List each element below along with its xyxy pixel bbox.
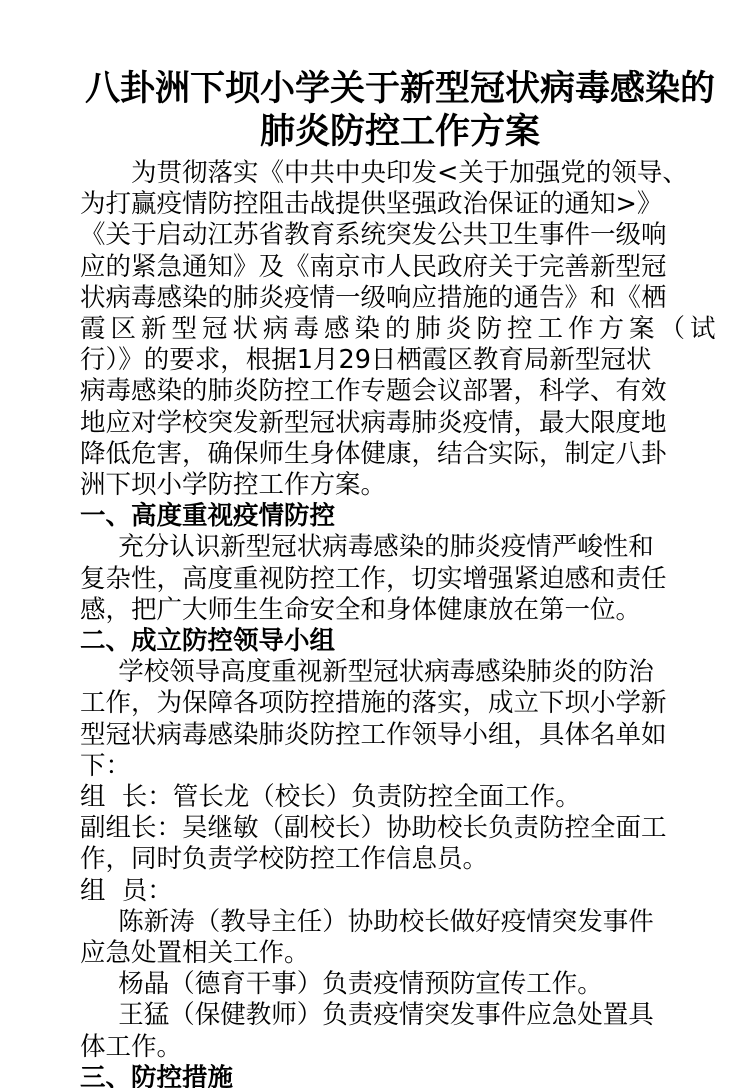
- group-member-1: 陈新涛（教导主任）协助校长做好疫情突发事件 应急处置相关工作。: [80, 907, 720, 969]
- section-3-heading: 三、防控措施: [80, 1063, 720, 1088]
- group-deputy: 副组长：吴继敏（副校长）协助校长负责防控全面工 作，同时负责学校防控工作信息员。: [80, 813, 720, 875]
- intro-line: 状病毒感染的肺炎疫情一级响应措施的通告》和《栖: [80, 283, 720, 314]
- intro-line: 病毒感染的肺炎防控工作专题会议部署，科学、有效: [80, 376, 720, 407]
- group-leader-line: 组 长：管长龙（校长）负责防控全面工作。: [80, 782, 720, 813]
- section-1-line: 感，把广大师生生命安全和身体健康放在第一位。: [80, 595, 720, 626]
- section-2-line: 型冠状病毒感染肺炎防控工作领导小组，具体名单如: [80, 720, 720, 751]
- section-1-line: 复杂性，高度重视防控工作，切实增强紧迫感和责任: [80, 564, 720, 595]
- intro-line: 霞区新型冠状病毒感染的肺炎防控工作方案（试: [80, 314, 720, 345]
- intro-line: 行）》的要求，根据1月29日栖霞区教育局新型冠状: [80, 345, 720, 376]
- members-label: 组 员：: [80, 876, 720, 907]
- section-2-line: 工作，为保障各项防控措施的落实，成立下坝小学新: [80, 688, 720, 719]
- intro-line: 地应对学校突发新型冠状病毒肺炎疫情，最大限度地: [80, 408, 720, 439]
- title-line-1: 八卦洲下坝小学关于新型冠状病毒感染的: [80, 68, 720, 111]
- group-member-3: 王猛（保健教师）负责疫情突发事件应急处置具 体工作。: [80, 1000, 720, 1062]
- member-line: 体工作。: [80, 1032, 720, 1063]
- intro-line: 降低危害，确保师生身体健康，结合实际，制定八卦: [80, 439, 720, 470]
- member-line: 应急处置相关工作。: [80, 938, 720, 969]
- member-line: 王猛（保健教师）负责疫情突发事件应急处置具: [80, 1000, 720, 1031]
- group-deputy-line: 作，同时负责学校防控工作信息员。: [80, 844, 720, 875]
- section-2-intro: 学校领导高度重视新型冠状病毒感染肺炎的防治 工作，为保障各项防控措施的落实，成立…: [80, 657, 720, 782]
- group-member-2: 杨晶（德育干事）负责疫情预防宣传工作。: [80, 969, 720, 1000]
- section-2-heading: 二、成立防控领导小组: [80, 626, 720, 657]
- intro-line: 为贯彻落实《中共中央印发<关于加强党的领导、: [80, 158, 720, 189]
- section-2-line: 下：: [80, 751, 720, 782]
- document-page: 八卦洲下坝小学关于新型冠状病毒感染的 肺炎防控工作方案 为贯彻落实《中共中央印发…: [80, 68, 720, 1088]
- section-2-line: 学校领导高度重视新型冠状病毒感染肺炎的防治: [80, 657, 720, 688]
- member-line: 陈新涛（教导主任）协助校长做好疫情突发事件: [80, 907, 720, 938]
- group-deputy-line: 副组长：吴继敏（副校长）协助校长负责防控全面工: [80, 813, 720, 844]
- group-leader: 组 长：管长龙（校长）负责防控全面工作。: [80, 782, 720, 813]
- intro-line: 洲下坝小学防控工作方案。: [80, 470, 720, 501]
- title-line-2: 肺炎防控工作方案: [80, 111, 720, 154]
- section-1-line: 充分认识新型冠状病毒感染的肺炎疫情严峻性和: [80, 532, 720, 563]
- section-1-heading: 一、高度重视疫情防控: [80, 501, 720, 532]
- section-1-paragraph: 充分认识新型冠状病毒感染的肺炎疫情严峻性和 复杂性，高度重视防控工作，切实增强紧…: [80, 532, 720, 626]
- intro-line: 为打赢疫情防控阻击战提供坚强政治保证的通知>》: [80, 189, 720, 220]
- member-line: 杨晶（德育干事）负责疫情预防宣传工作。: [80, 969, 720, 1000]
- intro-paragraph: 为贯彻落实《中共中央印发<关于加强党的领导、 为打赢疫情防控阻击战提供坚强政治保…: [80, 158, 720, 501]
- document-title: 八卦洲下坝小学关于新型冠状病毒感染的 肺炎防控工作方案: [80, 68, 720, 154]
- intro-line: 《关于启动江苏省教育系统突发公共卫生事件一级响: [80, 220, 720, 251]
- group-members-label: 组 员：: [80, 876, 720, 907]
- intro-line: 应的紧急通知》及《南京市人民政府关于完善新型冠: [80, 252, 720, 283]
